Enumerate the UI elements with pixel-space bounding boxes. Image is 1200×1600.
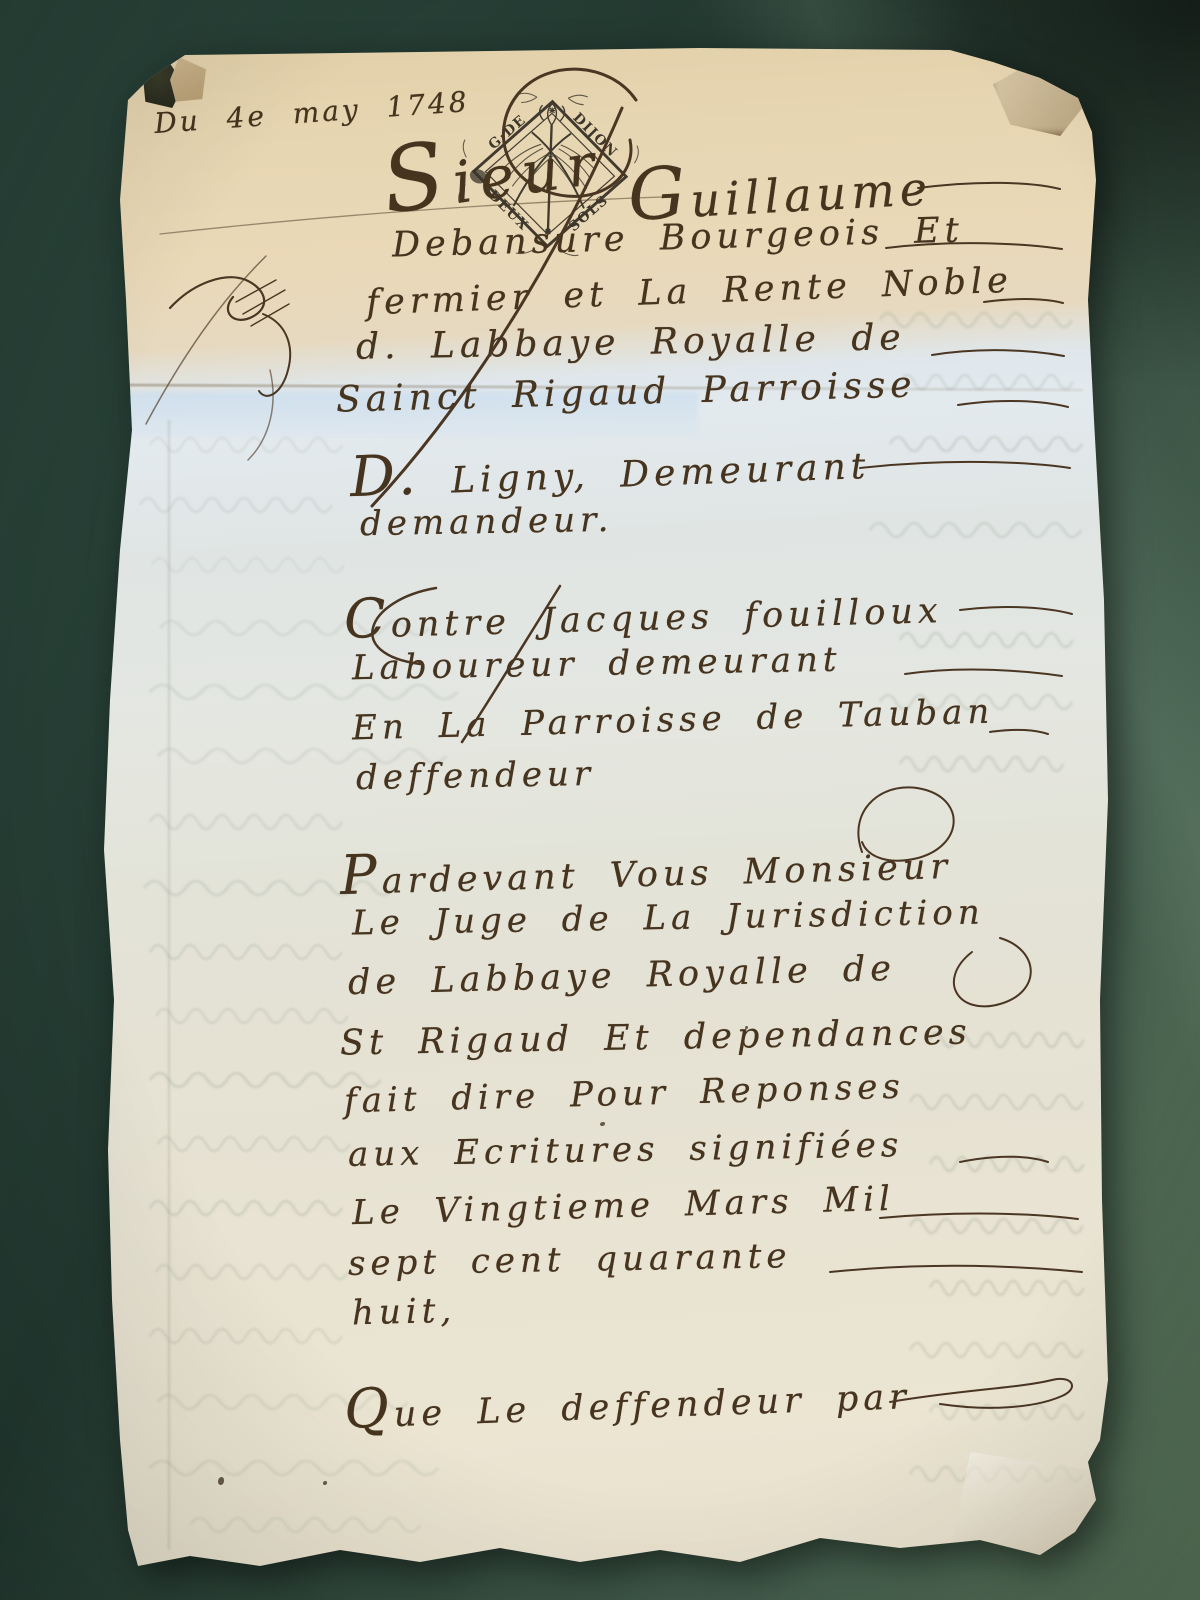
- manuscript-line: En La Parroisse de Tauban: [352, 692, 995, 749]
- paper-speck: [323, 1481, 327, 1485]
- manuscript-line: fait dire Pour Reponses: [344, 1067, 906, 1122]
- paper-speck: [600, 1122, 605, 1126]
- manuscript-line: D. Ligny, Demeurant: [349, 427, 871, 510]
- manuscript-line: Laboureur demeurant: [352, 640, 842, 689]
- manuscript-line: fermier et La Rente Noble: [365, 261, 1013, 324]
- manuscript-line: Que Le deffendeur par: [343, 1358, 912, 1441]
- manuscript-line: St Rigaud Et dependances: [340, 1012, 972, 1063]
- manuscript-line: aux Ecritures signifiées: [348, 1125, 904, 1175]
- manuscript-line: Contre Jacques fouilloux: [343, 572, 943, 651]
- bottom-right-crumple: [952, 1452, 1104, 1564]
- top-right-torn-flap: [993, 60, 1089, 136]
- manuscript-line: de Labbaye Royalle de: [348, 949, 897, 1003]
- manuscript-paper-sheet: G·DE DIJON DEUX SOLS Du 4e may 1748 Sieu…: [0, 0, 1200, 1600]
- manuscript-line: huit,: [351, 1291, 456, 1334]
- manuscript-line: demandeur.: [360, 500, 614, 544]
- manuscript-line: sept cent quarante: [348, 1236, 792, 1284]
- vertical-margin-crease: [168, 420, 170, 1550]
- paper-speck: [218, 1477, 224, 1485]
- manuscript-photo: G·DE DIJON DEUX SOLS Du 4e may 1748 Sieu…: [0, 0, 1200, 1600]
- paper-shadow-wrap: G·DE DIJON DEUX SOLS Du 4e may 1748 Sieu…: [0, 0, 1200, 1600]
- manuscript-line: deffendeur: [356, 754, 596, 798]
- manuscript-line: Sainct Rigaud Parroisse: [336, 364, 917, 420]
- manuscript-line: d. Labbaye Royalle de: [356, 317, 906, 368]
- manuscript-line: Le Vingtieme Mars Mil: [352, 1179, 896, 1233]
